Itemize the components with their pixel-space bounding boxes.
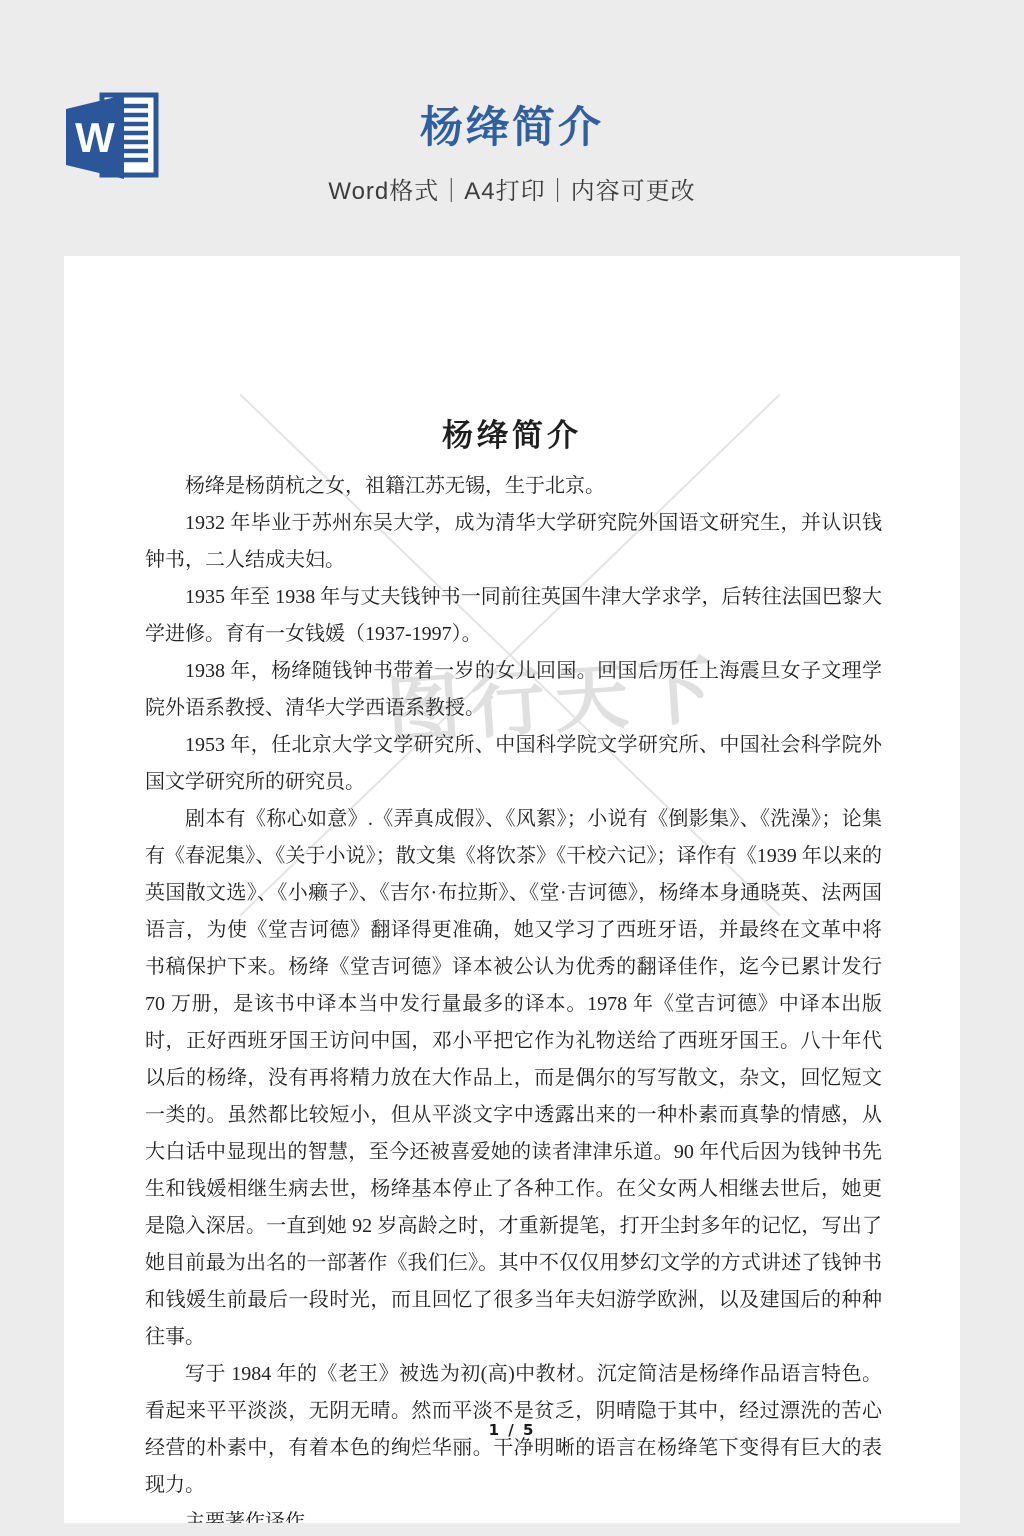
- paragraph: 剧本有《称心如意》.《弄真成假》、《风絮》；小说有《倒影集》、《洗澡》；论集有《…: [145, 801, 882, 1356]
- template-header: W 杨绛简介 Word格式｜A4打印｜内容可更改: [0, 0, 1024, 256]
- paragraph: 1938 年，杨绛随钱钟书带着一岁的女儿回国。回国后历任上海震旦女子文理学院外语…: [145, 653, 882, 727]
- paragraph: 1953 年，任北京大学文学研究所、中国科学院文学研究所、中国社会科学院外国文学…: [145, 727, 882, 801]
- word-icon: W: [62, 86, 162, 188]
- page-number: 1 / 5: [64, 1421, 960, 1439]
- paragraph: 1935 年至 1938 年与丈夫钱钟书一同前往英国牛津大学求学，后转往法国巴黎…: [145, 579, 882, 653]
- paragraph: 1932 年毕业于苏州东吴大学，成为清华大学研究院外国语文研究生，并认识钱钟书，…: [145, 505, 882, 579]
- document-title: 杨绛简介: [64, 256, 960, 455]
- document-body: 杨绛是杨荫杭之女，祖籍江苏无锡，生于北京。 1932 年毕业于苏州东吴大学，成为…: [64, 455, 960, 1523]
- word-icon-letter: W: [75, 114, 115, 161]
- paragraph: 主要著作译作: [145, 1504, 882, 1523]
- paragraph: 杨绛是杨荫杭之女，祖籍江苏无锡，生于北京。: [145, 468, 882, 505]
- document-page: 图行天下 杨绛简介 杨绛是杨荫杭之女，祖籍江苏无锡，生于北京。 1932 年毕业…: [64, 256, 960, 1523]
